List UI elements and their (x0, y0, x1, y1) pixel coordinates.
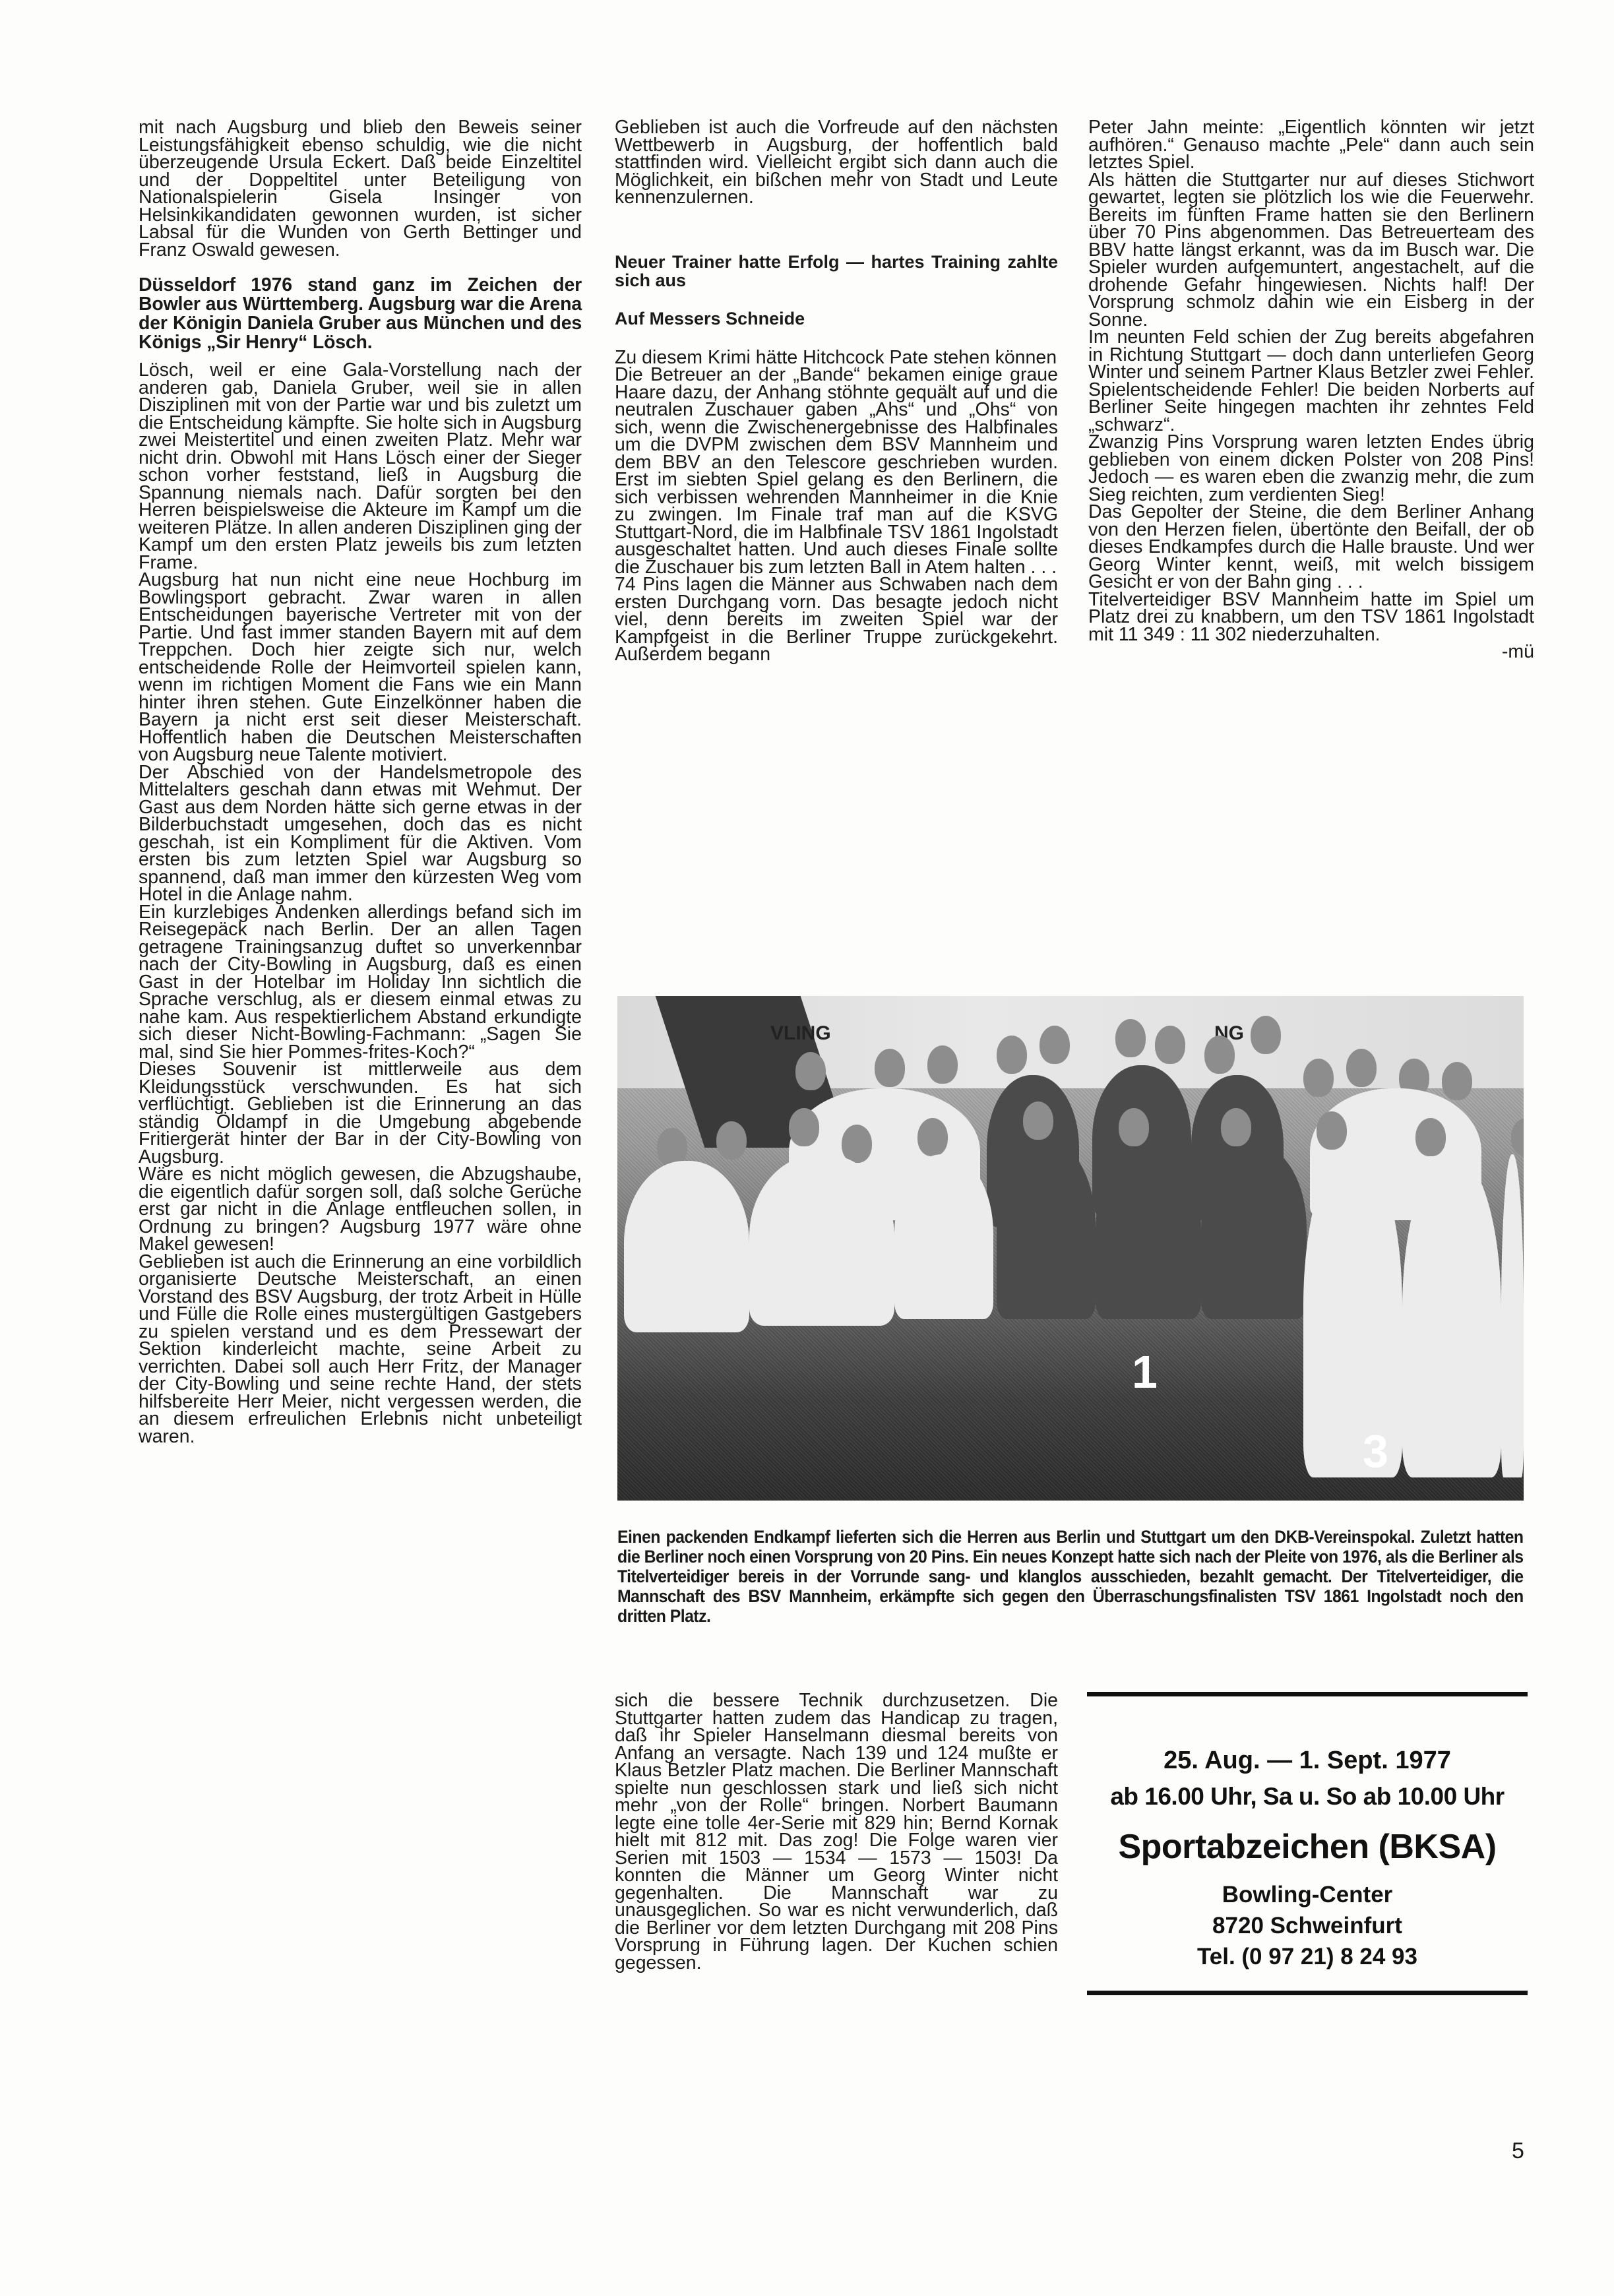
paragraph: 74 Pins lagen die Männer aus Schwaben na… (615, 576, 1058, 664)
person-head (1442, 1062, 1472, 1100)
person-head (1303, 1059, 1334, 1097)
person-head (875, 1049, 905, 1087)
person-head (1115, 1019, 1146, 1057)
paragraph: Zwanzig Pins Vorsprung waren letzten End… (1088, 433, 1534, 503)
article-column-left: mit nach Augsburg und blieb den Beweis s… (139, 119, 582, 1445)
paragraph: Wäre es nicht möglich gewesen, die Abzug… (139, 1165, 582, 1253)
person-head (1511, 1118, 1524, 1156)
ad-title: Sportabzeichen (BKSA) (1087, 1827, 1528, 1867)
ad-bottom-rule (1087, 1991, 1528, 1995)
person-head (716, 1121, 747, 1160)
podium-label-first: 1 (1132, 1346, 1158, 1398)
person-head (927, 1045, 958, 1084)
article-column-right: Peter Jahn meinte: „Eigentlich könnten w… (1088, 119, 1534, 661)
person-head (1251, 1016, 1281, 1054)
person-white-outfit (1501, 1154, 1524, 1477)
author-signature-row: -mü (1088, 643, 1534, 661)
ad-opening-hours: ab 16.00 Uhr, Sa u. So ab 10.00 Uhr (1087, 1783, 1528, 1811)
paragraph: Als hätten die Stuttgarter nur auf diese… (1088, 171, 1534, 329)
person-head (1317, 1111, 1347, 1150)
person-white-shirt (624, 1161, 749, 1332)
person-head (1204, 1036, 1235, 1074)
advertisement-box: 25. Aug. — 1. Sept. 1977 ab 16.00 Uhr, S… (1087, 1689, 1528, 2084)
person-head (1040, 1026, 1070, 1064)
person-head (1415, 1118, 1446, 1156)
person-head (1023, 1101, 1053, 1140)
author-signature: -mü (1502, 643, 1534, 661)
article-column-middle-continued: sich die bessere Technik durchzusetzen. … (615, 1692, 1058, 1971)
intro-paragraph: Geblieben ist auch die Vorfreude auf den… (615, 119, 1058, 206)
paragraph: Die Betreuer an der „Bande“ bekamen eini… (615, 366, 1058, 576)
paragraph: Titelverteidiger BSV Mannheim hatte im S… (1088, 591, 1534, 644)
person-head (1155, 1026, 1185, 1064)
paragraph: Der Abschied von der Handelsmetropole de… (139, 764, 582, 904)
paragraph: Im neunten Feld schien der Zug bereits a… (1088, 328, 1534, 433)
ad-phone: Tel. (0 97 21) 8 24 93 (1087, 1944, 1528, 1970)
paragraph: sich die bessere Technik durchzusetzen. … (615, 1692, 1058, 1971)
person-head (1119, 1108, 1149, 1146)
photo-caption: Einen packenden Endkampf lieferten sich … (617, 1527, 1524, 1626)
person-dark-shirt (997, 1141, 1096, 1319)
person-dark-shirt (1201, 1144, 1307, 1319)
ad-venue: Bowling-Center (1087, 1882, 1528, 1908)
intro-paragraph: mit nach Augsburg und blieb den Beweis s… (139, 119, 582, 259)
person-head (1346, 1049, 1377, 1087)
page-number: 5 (1512, 2138, 1524, 2164)
bold-heading: Düsseldorf 1976 stand ganz im Zeichen de… (139, 276, 582, 352)
paragraph: Peter Jahn meinte: „Eigentlich könnten w… (1088, 119, 1534, 171)
team-photo: VLING NG 1 3 (617, 996, 1524, 1501)
article-column-middle: Geblieben ist auch die Vorfreude auf den… (615, 119, 1058, 664)
person-white-shirt (894, 1154, 993, 1319)
podium-label-third: 3 (1363, 1425, 1388, 1477)
person-head (795, 1052, 826, 1090)
paragraph: Das Gepolter der Steine, die dem Berline… (1088, 503, 1534, 591)
ad-date-range: 25. Aug. — 1. Sept. 1977 (1087, 1747, 1528, 1775)
paragraph: Ein kurzlebiges Andenken allerdings befa… (139, 904, 582, 1061)
section-heading: Neuer Trainer hatte Erfolg — hartes Trai… (615, 253, 1058, 290)
paragraph: Geblieben ist auch die Erinnerung an ein… (139, 1253, 582, 1446)
paragraph: Augsburg hat nun nicht eine neue Hochbur… (139, 571, 582, 764)
ad-city: 8720 Schweinfurt (1087, 1913, 1528, 1939)
person-head (1221, 1108, 1251, 1146)
person-dark-shirt (1096, 1148, 1201, 1319)
person-head (997, 1036, 1027, 1074)
paragraph: Lösch, weil er eine Gala-Vorstellung nac… (139, 361, 582, 571)
ad-top-rule (1087, 1692, 1528, 1696)
photo-sign-text-left: VLING (770, 1022, 831, 1045)
paragraph: Dieses Souvenir ist mittlerweile aus dem… (139, 1061, 582, 1165)
person-head (842, 1125, 872, 1163)
person-head (789, 1108, 819, 1146)
section-subheading: Auf Messers Schneide (615, 309, 1058, 328)
person-head (917, 1118, 948, 1156)
person-white-outfit (1402, 1154, 1501, 1477)
person-white-shirt (749, 1154, 894, 1326)
